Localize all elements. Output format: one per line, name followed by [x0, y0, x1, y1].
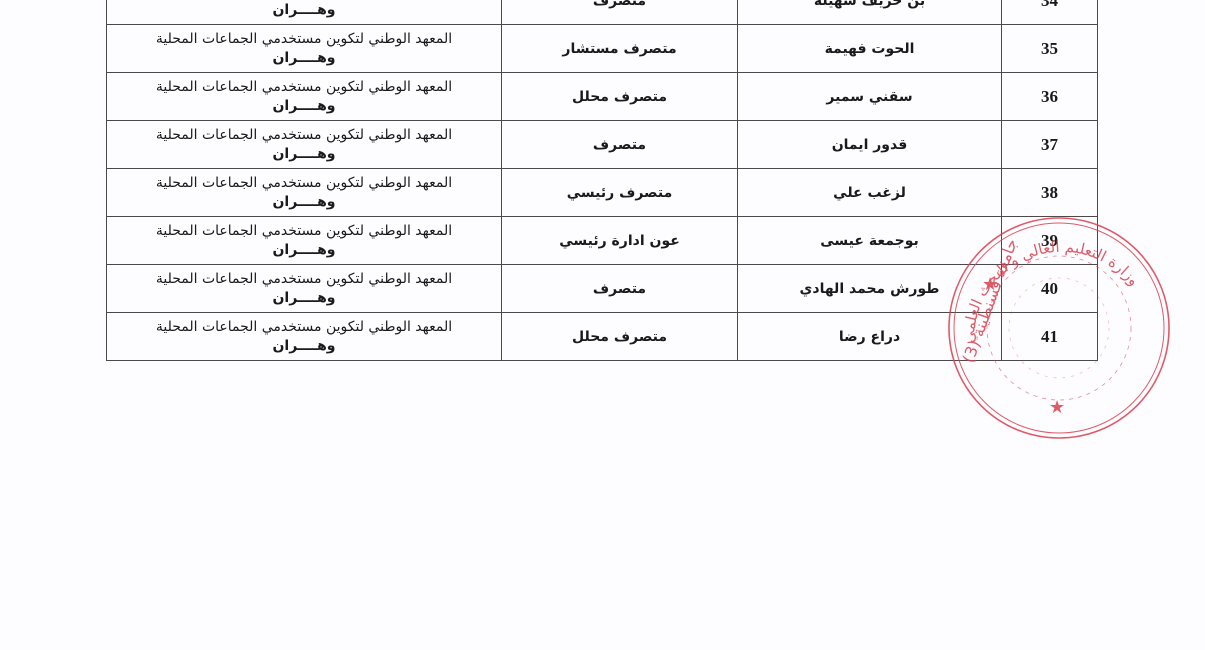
table-row: 35 الحوت فهيمة متصرف مستشار المعهد الوطن… [107, 25, 1098, 73]
institution-cell: المعهد الوطني لتكوين مستخدمي الجماعات ال… [107, 0, 502, 25]
institution-city: وهــــران [107, 145, 501, 164]
employee-name: سقني سمير [738, 73, 1002, 121]
table-row: 39 بوجمعة عيسى عون ادارة رئيسي المعهد ال… [107, 217, 1098, 265]
employee-name: بن خريف سهيلة [738, 0, 1002, 25]
table-row: 41 دراع رضا متصرف محلل المعهد الوطني لتك… [107, 313, 1098, 361]
employee-grade: متصرف [502, 265, 738, 313]
institution-cell: المعهد الوطني لتكوين مستخدمي الجماعات ال… [107, 265, 502, 313]
institution-cell: المعهد الوطني لتكوين مستخدمي الجماعات ال… [107, 121, 502, 169]
institution-city: وهــــران [107, 241, 501, 260]
institution-cell: المعهد الوطني لتكوين مستخدمي الجماعات ال… [107, 169, 502, 217]
institution-city: وهــــران [107, 1, 501, 20]
table-row: 40 طورش محمد الهادي متصرف المعهد الوطني … [107, 265, 1098, 313]
row-number: 39 [1002, 217, 1098, 265]
institution-city: وهــــران [107, 289, 501, 308]
row-number: 34 [1002, 0, 1098, 25]
row-number: 41 [1002, 313, 1098, 361]
table-row: 34 بن خريف سهيلة متصرف المعهد الوطني لتك… [107, 0, 1098, 25]
institution-name: المعهد الوطني لتكوين مستخدمي الجماعات ال… [107, 126, 501, 145]
institution-cell: المعهد الوطني لتكوين مستخدمي الجماعات ال… [107, 313, 502, 361]
employee-name: دراع رضا [738, 313, 1002, 361]
institution-name: المعهد الوطني لتكوين مستخدمي الجماعات ال… [107, 30, 501, 49]
institution-name: المعهد الوطني لتكوين مستخدمي الجماعات ال… [107, 78, 501, 97]
employee-grade: عون ادارة رئيسي [502, 217, 738, 265]
table-row: 36 سقني سمير متصرف محلل المعهد الوطني لت… [107, 73, 1098, 121]
employee-name: الحوت فهيمة [738, 25, 1002, 73]
institution-city: وهــــران [107, 97, 501, 116]
institution-cell: المعهد الوطني لتكوين مستخدمي الجماعات ال… [107, 73, 502, 121]
row-number: 37 [1002, 121, 1098, 169]
employee-grade: متصرف محلل [502, 313, 738, 361]
employee-grade: متصرف [502, 121, 738, 169]
row-number: 35 [1002, 25, 1098, 73]
institution-city: وهــــران [107, 49, 501, 68]
employee-name: لزغب علي [738, 169, 1002, 217]
institution-city: وهــــران [107, 193, 501, 212]
employee-name: قدور ايمان [738, 121, 1002, 169]
row-number: 38 [1002, 169, 1098, 217]
row-number: 40 [1002, 265, 1098, 313]
institution-cell: المعهد الوطني لتكوين مستخدمي الجماعات ال… [107, 25, 502, 73]
institution-cell: المعهد الوطني لتكوين مستخدمي الجماعات ال… [107, 217, 502, 265]
star-icon: ★ [1049, 397, 1065, 418]
institution-name: المعهد الوطني لتكوين مستخدمي الجماعات ال… [107, 318, 501, 337]
employee-name: بوجمعة عيسى [738, 217, 1002, 265]
employee-grade: متصرف مستشار [502, 25, 738, 73]
row-number: 36 [1002, 73, 1098, 121]
employee-grade: متصرف رئيسي [502, 169, 738, 217]
institution-name: المعهد الوطني لتكوين مستخدمي الجماعات ال… [107, 174, 501, 193]
employee-name: طورش محمد الهادي [738, 265, 1002, 313]
document-page: 34 بن خريف سهيلة متصرف المعهد الوطني لتك… [0, 0, 1205, 650]
institution-name: المعهد الوطني لتكوين مستخدمي الجماعات ال… [107, 270, 501, 289]
personnel-table: 34 بن خريف سهيلة متصرف المعهد الوطني لتك… [106, 0, 1098, 361]
employee-grade: متصرف [502, 0, 738, 25]
employee-grade: متصرف محلل [502, 73, 738, 121]
table-row: 37 قدور ايمان متصرف المعهد الوطني لتكوين… [107, 121, 1098, 169]
institution-name: المعهد الوطني لتكوين مستخدمي الجماعات ال… [107, 222, 501, 241]
institution-city: وهــــران [107, 337, 501, 356]
table-row: 38 لزغب علي متصرف رئيسي المعهد الوطني لت… [107, 169, 1098, 217]
